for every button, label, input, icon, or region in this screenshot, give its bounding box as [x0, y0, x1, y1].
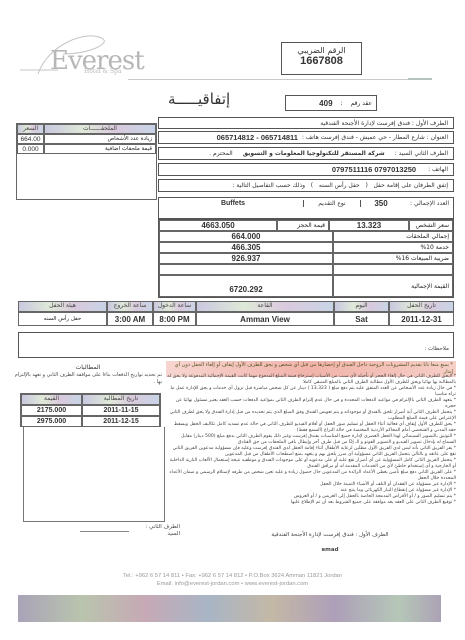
phone-numbers: 0797511116 0797013250	[332, 165, 416, 174]
event-header-end: ساعة الخروج	[107, 301, 153, 312]
extras-item: زيادة عدد الأشخاص	[44, 134, 156, 144]
summary-value: 466.305	[159, 242, 333, 253]
tax-number-box: الرقم الضريبي 1667808	[281, 42, 362, 75]
claims-row: 2011-11-15 2175.000	[21, 405, 160, 416]
footer-stripe	[18, 595, 441, 622]
price-per-person-label: سعر الشخص	[409, 220, 453, 231]
claims-header-amount: القيمة	[21, 394, 82, 405]
term-item: * على الفريق الثاني دفع مبلغ تأمين يغطي …	[166, 470, 456, 482]
term-item: * في حال زيادة عدد الأشخاص عن العدد المت…	[166, 386, 456, 398]
term-item: * يتعهد الطرف الثاني بالإلتزام في مواعيد…	[166, 398, 456, 410]
claim-date: 2011-12-15	[82, 416, 160, 427]
summary-value	[159, 264, 333, 275]
summary-row: إجمالي الملحقات 664.000	[159, 231, 453, 242]
logo: Everest Hotel & Spa	[18, 24, 138, 80]
summary-label: ضريبة المبيعات 16%	[333, 253, 453, 264]
first-party-signer: emad	[250, 547, 410, 554]
document-title: إتفاقيـــــة	[168, 90, 230, 108]
footer-line-1: Tel.: +962 6 57 14 811 • Fax: +962 6 57 …	[0, 573, 465, 579]
tax-number: 1667808	[282, 55, 361, 67]
extras-header-item: الملحقــــــات	[44, 124, 156, 134]
extras-row: 664.00 زيادة عدد الأشخاص	[17, 134, 156, 144]
phone-label: الهاتف :	[428, 166, 448, 173]
summary-value: 664.000	[159, 231, 333, 242]
summary-row: ضريبة المبيعات 16% 926.937	[159, 253, 453, 264]
claims-table: تاريخ المطالبة القيمة 2011-11-15 2175.00…	[20, 393, 161, 427]
booking-value-label: قيمة الحجز	[277, 220, 329, 231]
footer-line-2: Email: info@everest-jordan.com • www.eve…	[0, 581, 465, 587]
letterhead-rule-accent	[408, 78, 432, 80]
total-count-label: العدد الإجمالي :	[401, 200, 449, 207]
term-item: * التوثيق بالتصوير السينمائي لهذا الحفل …	[166, 434, 456, 446]
event-table: تاريخ الحفل اليوم القاعة ساعة الدخول ساع…	[18, 301, 454, 326]
summary-row-total: القيمة الإجمالية 6720.292	[159, 275, 453, 297]
first-party-signature: الطرف الأول : فندق إفرست لإدارة الأجنحة …	[250, 532, 410, 554]
summary-label: إجمالي الملحقات	[333, 231, 453, 242]
term-item: * يقر الفريق الثاني بأنه ليس لدى الفريق …	[166, 446, 456, 458]
event-header-start: ساعة الدخول	[153, 301, 196, 312]
summary-value: 926.937	[159, 253, 333, 264]
footer-contact: Tel.: +962 6 57 14 811 • Fax: +962 6 57 …	[0, 573, 465, 587]
booking-value: 4663.050	[159, 220, 277, 231]
event-hall: Amman View	[196, 312, 334, 326]
term-item: * لايحق للطرف الثاني في حال إلغاء الحجز …	[166, 374, 456, 386]
summary-label: خدمة 10%	[333, 242, 453, 253]
address-phones: 065714811 - 065714812	[217, 133, 298, 142]
second-party-signature: الطرف الثاني : السيد	[80, 524, 180, 538]
extras-price: 0.000	[17, 144, 44, 154]
extras-row: 0.000 قيمة ملحقات اضافية	[17, 144, 156, 154]
claim-date: 2011-11-15	[82, 405, 160, 416]
event-day: Sat	[334, 312, 389, 326]
claim-amount: 2975.000	[21, 416, 82, 427]
phone-row: الهاتف : 0797511116 0797013250	[158, 163, 454, 176]
service-type-label: نوع التقديم	[303, 200, 361, 207]
total-value: 6720.292	[159, 275, 333, 297]
second-party-label: الطرف الثاني السيد :	[395, 150, 448, 157]
term-item: * يتحمل الفريق الثاني كامل المسؤولية عن …	[166, 458, 456, 470]
logo-subtitle: Hotel & Spa	[84, 68, 121, 75]
signature-line	[80, 531, 129, 532]
summary-row: خدمة 10% 466.305	[159, 242, 453, 253]
second-party-signature-label: الطرف الثاني : السيد	[133, 524, 180, 538]
event-header-day: اليوم	[334, 301, 389, 312]
total-count: 350	[361, 199, 401, 208]
first-party-signature-label: الطرف الأول : فندق إفرست لإدارة الأجنحة …	[250, 532, 410, 539]
notes-box: ملاحظات :	[18, 332, 454, 358]
terms-list: * لايحق للطرف الثاني في حال إلغاء الحجز …	[166, 374, 456, 506]
event-header-type: هيئة الحفل	[18, 301, 107, 312]
claim-amount: 2175.000	[21, 405, 82, 416]
event-type: حفل رأس السنه	[18, 312, 107, 326]
claims-section: المطالبات تم تحديد تواريخ الدفعات بناءا …	[14, 364, 162, 386]
contract-number-box: عقد رقم : 409	[285, 95, 377, 111]
term-item: * توقيع الطرف الثاني على العقد يعد موافق…	[166, 500, 456, 506]
claims-intro: تم تحديد تواريخ الدفعات بناءا على موافقة…	[14, 372, 162, 386]
event-date: 2011-12-31	[389, 312, 454, 326]
letterhead-rule	[128, 79, 408, 80]
event-header-hall: القاعة	[196, 301, 334, 312]
total-value-label: القيمة الإجمالية	[333, 275, 453, 297]
claims-row: 2011-12-15 2975.000	[21, 416, 160, 427]
term-item: * يحق للطرف الأول إيقاف أي فعالية أثناء …	[166, 422, 456, 434]
address-row: العنوان : شارع المطار - حي عميش - فندق إ…	[158, 131, 454, 144]
contract-number: 409	[319, 99, 332, 108]
contract-number-sep: :	[341, 100, 343, 107]
agreement-row: إتفق الطرفان على إقامة حفل ( حفل رأس الس…	[158, 179, 454, 192]
tax-number-label: الرقم الضريبي	[282, 46, 361, 55]
agreement-text: إتفق الطرفان على إقامة حفل ( حفل رأس الس…	[232, 182, 448, 189]
price-per-person: 13.323	[329, 220, 409, 231]
summary-label	[333, 264, 453, 275]
pricing-table: سعر الشخص 13.323 قيمة الحجز 4663.050 إجم…	[158, 219, 454, 298]
second-party-name: شركة المستقر للتكنولوجيا المعلومات و الت…	[243, 150, 385, 157]
address-label: العنوان : شارع المطار - حي عميش - فندق إ…	[302, 134, 448, 141]
claims-title: المطالبات	[14, 364, 162, 371]
claims-header-date: تاريخ المطالبة	[82, 394, 160, 405]
event-header-date: تاريخ الحفل	[389, 301, 454, 312]
extras-header-price: السعر	[17, 124, 44, 134]
first-party-text: الطرف الأول : فندق إفرست لإدارة الأجنحة …	[320, 120, 448, 127]
extras-price: 664.00	[17, 134, 44, 144]
contract-number-label: عقد رقم	[351, 100, 372, 107]
extras-item: قيمة ملحقات اضافية	[44, 144, 156, 154]
claims-signature-box	[23, 427, 165, 522]
notes-label: ملاحظات :	[424, 346, 449, 352]
count-row: العدد الإجمالي : 350 نوع التقديم Buffets	[158, 197, 454, 219]
event-end-time: 3:00 AM	[107, 312, 153, 326]
second-party-row: الطرف الثاني السيد : شركة المستقر للتكنو…	[158, 147, 454, 160]
event-start-time: 8:00 PM	[153, 312, 196, 326]
extras-table: السعر الملحقــــــات 664.00 زيادة عدد ال…	[16, 123, 157, 200]
first-party-row: الطرف الأول : فندق إفرست لإدارة الأجنحة …	[158, 117, 454, 129]
summary-row	[159, 264, 453, 275]
second-party-suffix: المحترم .	[209, 150, 233, 157]
event-row: 2011-12-31 Sat Amman View 8:00 PM 3:00 A…	[18, 312, 454, 326]
service-type: Buffets	[163, 200, 303, 207]
term-item: * يتحمل الطرف الثاني أية أضرار تلحق بالف…	[166, 410, 456, 422]
